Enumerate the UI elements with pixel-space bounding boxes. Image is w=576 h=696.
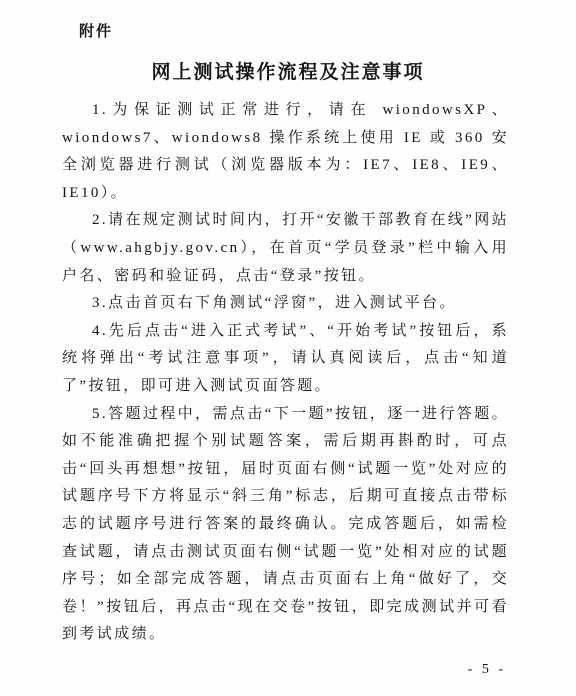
document-body: 1.为保证测试正常进行，请在 wiondowsXP、wiondows7、wion… <box>62 97 509 649</box>
paragraph-1: 1.为保证测试正常进行，请在 wiondowsXP、wiondows7、wion… <box>62 97 509 207</box>
paragraph-4: 4.先后点击“进入正式考试”、“开始考试”按钮后，系统将弹出“考试注意事项”，请… <box>62 318 509 401</box>
paragraph-5: 5.答题过程中，需点击“下一题”按钮，逐一进行答题。如不能准确把握个别试题答案，… <box>62 401 509 649</box>
paragraph-3: 3.点击首页右下角测试“浮窗”，进入测试平台。 <box>62 290 509 318</box>
page-number: - 5 - <box>468 662 506 678</box>
page-title: 网上测试操作流程及注意事项 <box>0 57 576 84</box>
attachment-label: 附件 <box>79 20 113 41</box>
paragraph-2: 2.请在规定测试时间内，打开“安徽干部教育在线”网站（www.ahgbjy.go… <box>62 207 509 290</box>
document-page: 附件 网上测试操作流程及注意事项 1.为保证测试正常进行，请在 wiondows… <box>0 0 576 696</box>
